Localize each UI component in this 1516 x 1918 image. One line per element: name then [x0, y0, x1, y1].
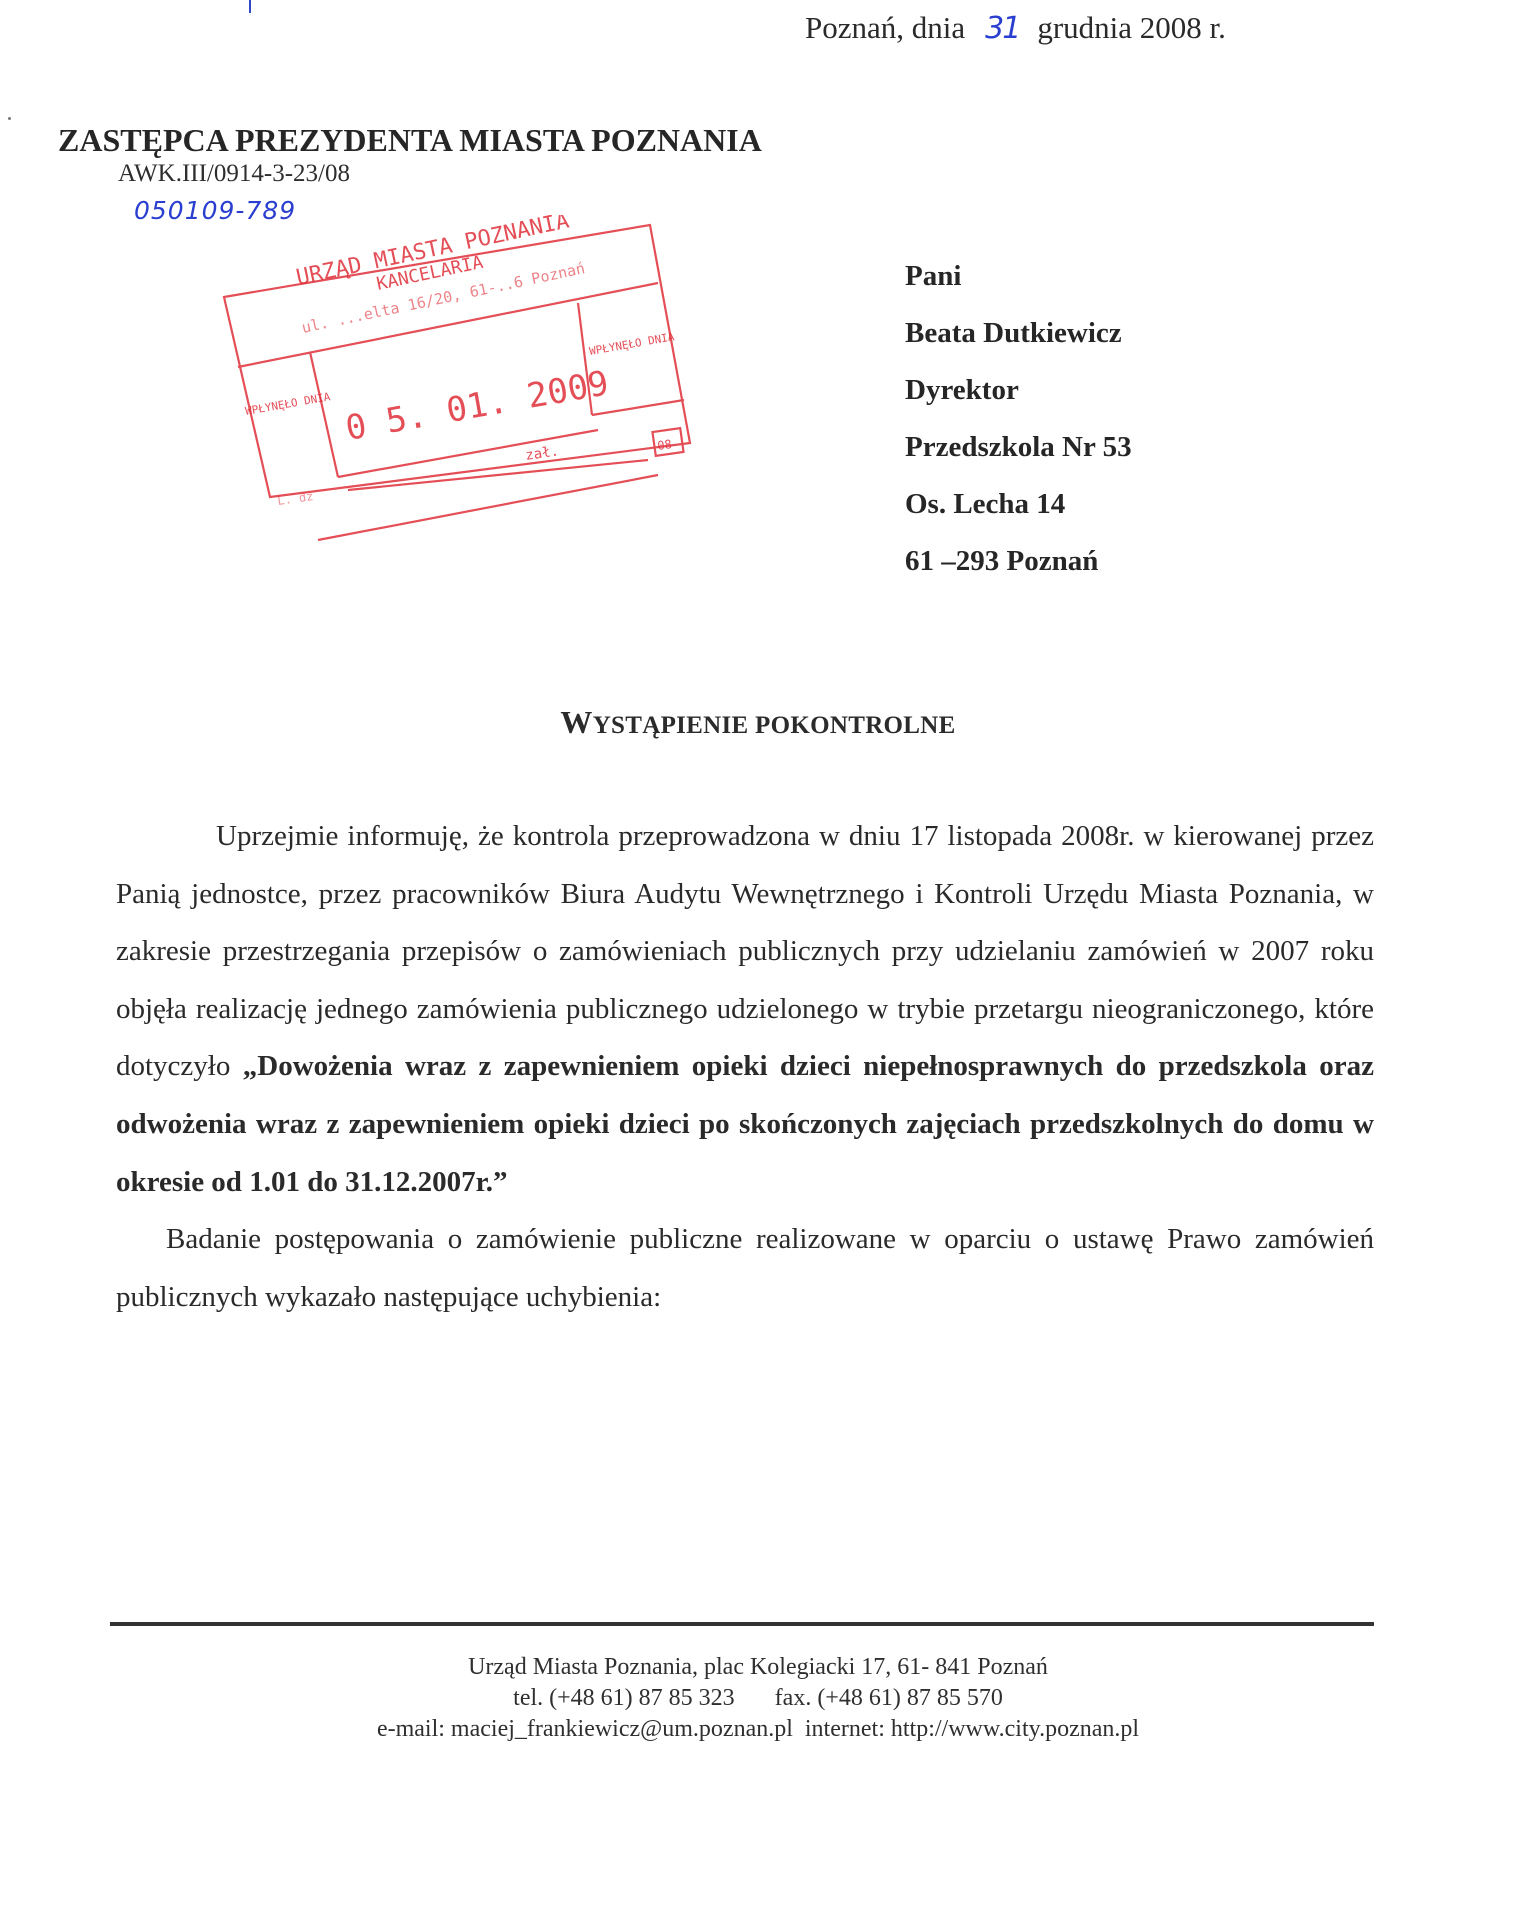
footer-fax: fax. (+48 61) 87 85 570 — [775, 1685, 1003, 1711]
footer-phones: tel. (+48 61) 87 85 323fax. (+48 61) 87 … — [0, 1683, 1516, 1714]
footer-address: Urząd Miasta Poznania, plac Kolegiacki 1… — [0, 1652, 1516, 1683]
reference-number: AWK.III/0914-3-23/08 — [118, 160, 350, 188]
footer-internet[interactable]: internet: http://www.city.poznan.pl — [805, 1716, 1139, 1742]
paragraph-2-text: Badanie postępowania o zamówienie public… — [116, 1223, 1374, 1313]
footer-tel: tel. (+48 61) 87 85 323 — [513, 1685, 735, 1711]
document-body: Uprzejmie informuję, że kontrola przepro… — [116, 808, 1374, 1326]
pen-mark — [249, 0, 251, 13]
addressee-line: Przedszkola Nr 53 — [905, 427, 1132, 484]
footer-divider — [110, 1622, 1374, 1626]
received-stamp: URZĄD MIASTA POZNANIA KANCELARIA ul. ...… — [218, 215, 693, 555]
addressee-line: Beata Dutkiewicz — [905, 313, 1132, 370]
scan-speck — [8, 117, 11, 120]
paragraph-1-text: Uprzejmie informuję, że kontrola przepro… — [116, 820, 1374, 1082]
addressee-line: Pani — [905, 256, 1132, 313]
addressee-block: Pani Beata Dutkiewicz Dyrektor Przedszko… — [905, 256, 1132, 598]
addressee-line: Os. Lecha 14 — [905, 484, 1132, 541]
date-prefix: Poznań, dnia — [805, 10, 965, 45]
office-name: ZASTĘPCA PREZYDENTA MIASTA POZNANIA — [58, 122, 762, 159]
title-rest: YSTĄPIENIE POKONTROLNE — [593, 712, 956, 739]
paragraph-2: Badanie postępowania o zamówienie public… — [116, 1211, 1374, 1326]
date-day-handwritten: 31 — [985, 11, 1019, 46]
stamp-received-right: WPŁYNĘŁO DNIA — [588, 330, 675, 358]
addressee-line: 61 –293 Poznań — [905, 541, 1132, 598]
date-suffix: grudnia 2008 r. — [1037, 10, 1226, 45]
stamp-number-label: L. dz — [276, 489, 314, 508]
document-title: WYSTĄPIENIE POKONTROLNE — [0, 704, 1516, 741]
paragraph-1: Uprzejmie informuję, że kontrola przepro… — [116, 808, 1374, 1211]
stamp-box-number: 08 — [656, 437, 672, 453]
date-line: Poznań, dnia31grudnia 2008 r. — [805, 10, 1226, 46]
paragraph-1-bold: „Dowożenia wraz z zapewnieniem opieki dz… — [116, 1050, 1374, 1197]
stamp-received-left: WPŁYNĘŁO DNIA — [244, 390, 331, 418]
footer: Urząd Miasta Poznania, plac Kolegiacki 1… — [0, 1652, 1516, 1745]
footer-email[interactable]: e-mail: maciej_frankiewicz@um.poznan.pl — [377, 1716, 793, 1742]
stamp-received-date: 0 5. 01. 2009 — [343, 363, 612, 449]
footer-contacts: e-mail: maciej_frankiewicz@um.poznan.pl … — [0, 1714, 1516, 1745]
addressee-line: Dyrektor — [905, 370, 1132, 427]
title-initial: W — [560, 704, 592, 740]
